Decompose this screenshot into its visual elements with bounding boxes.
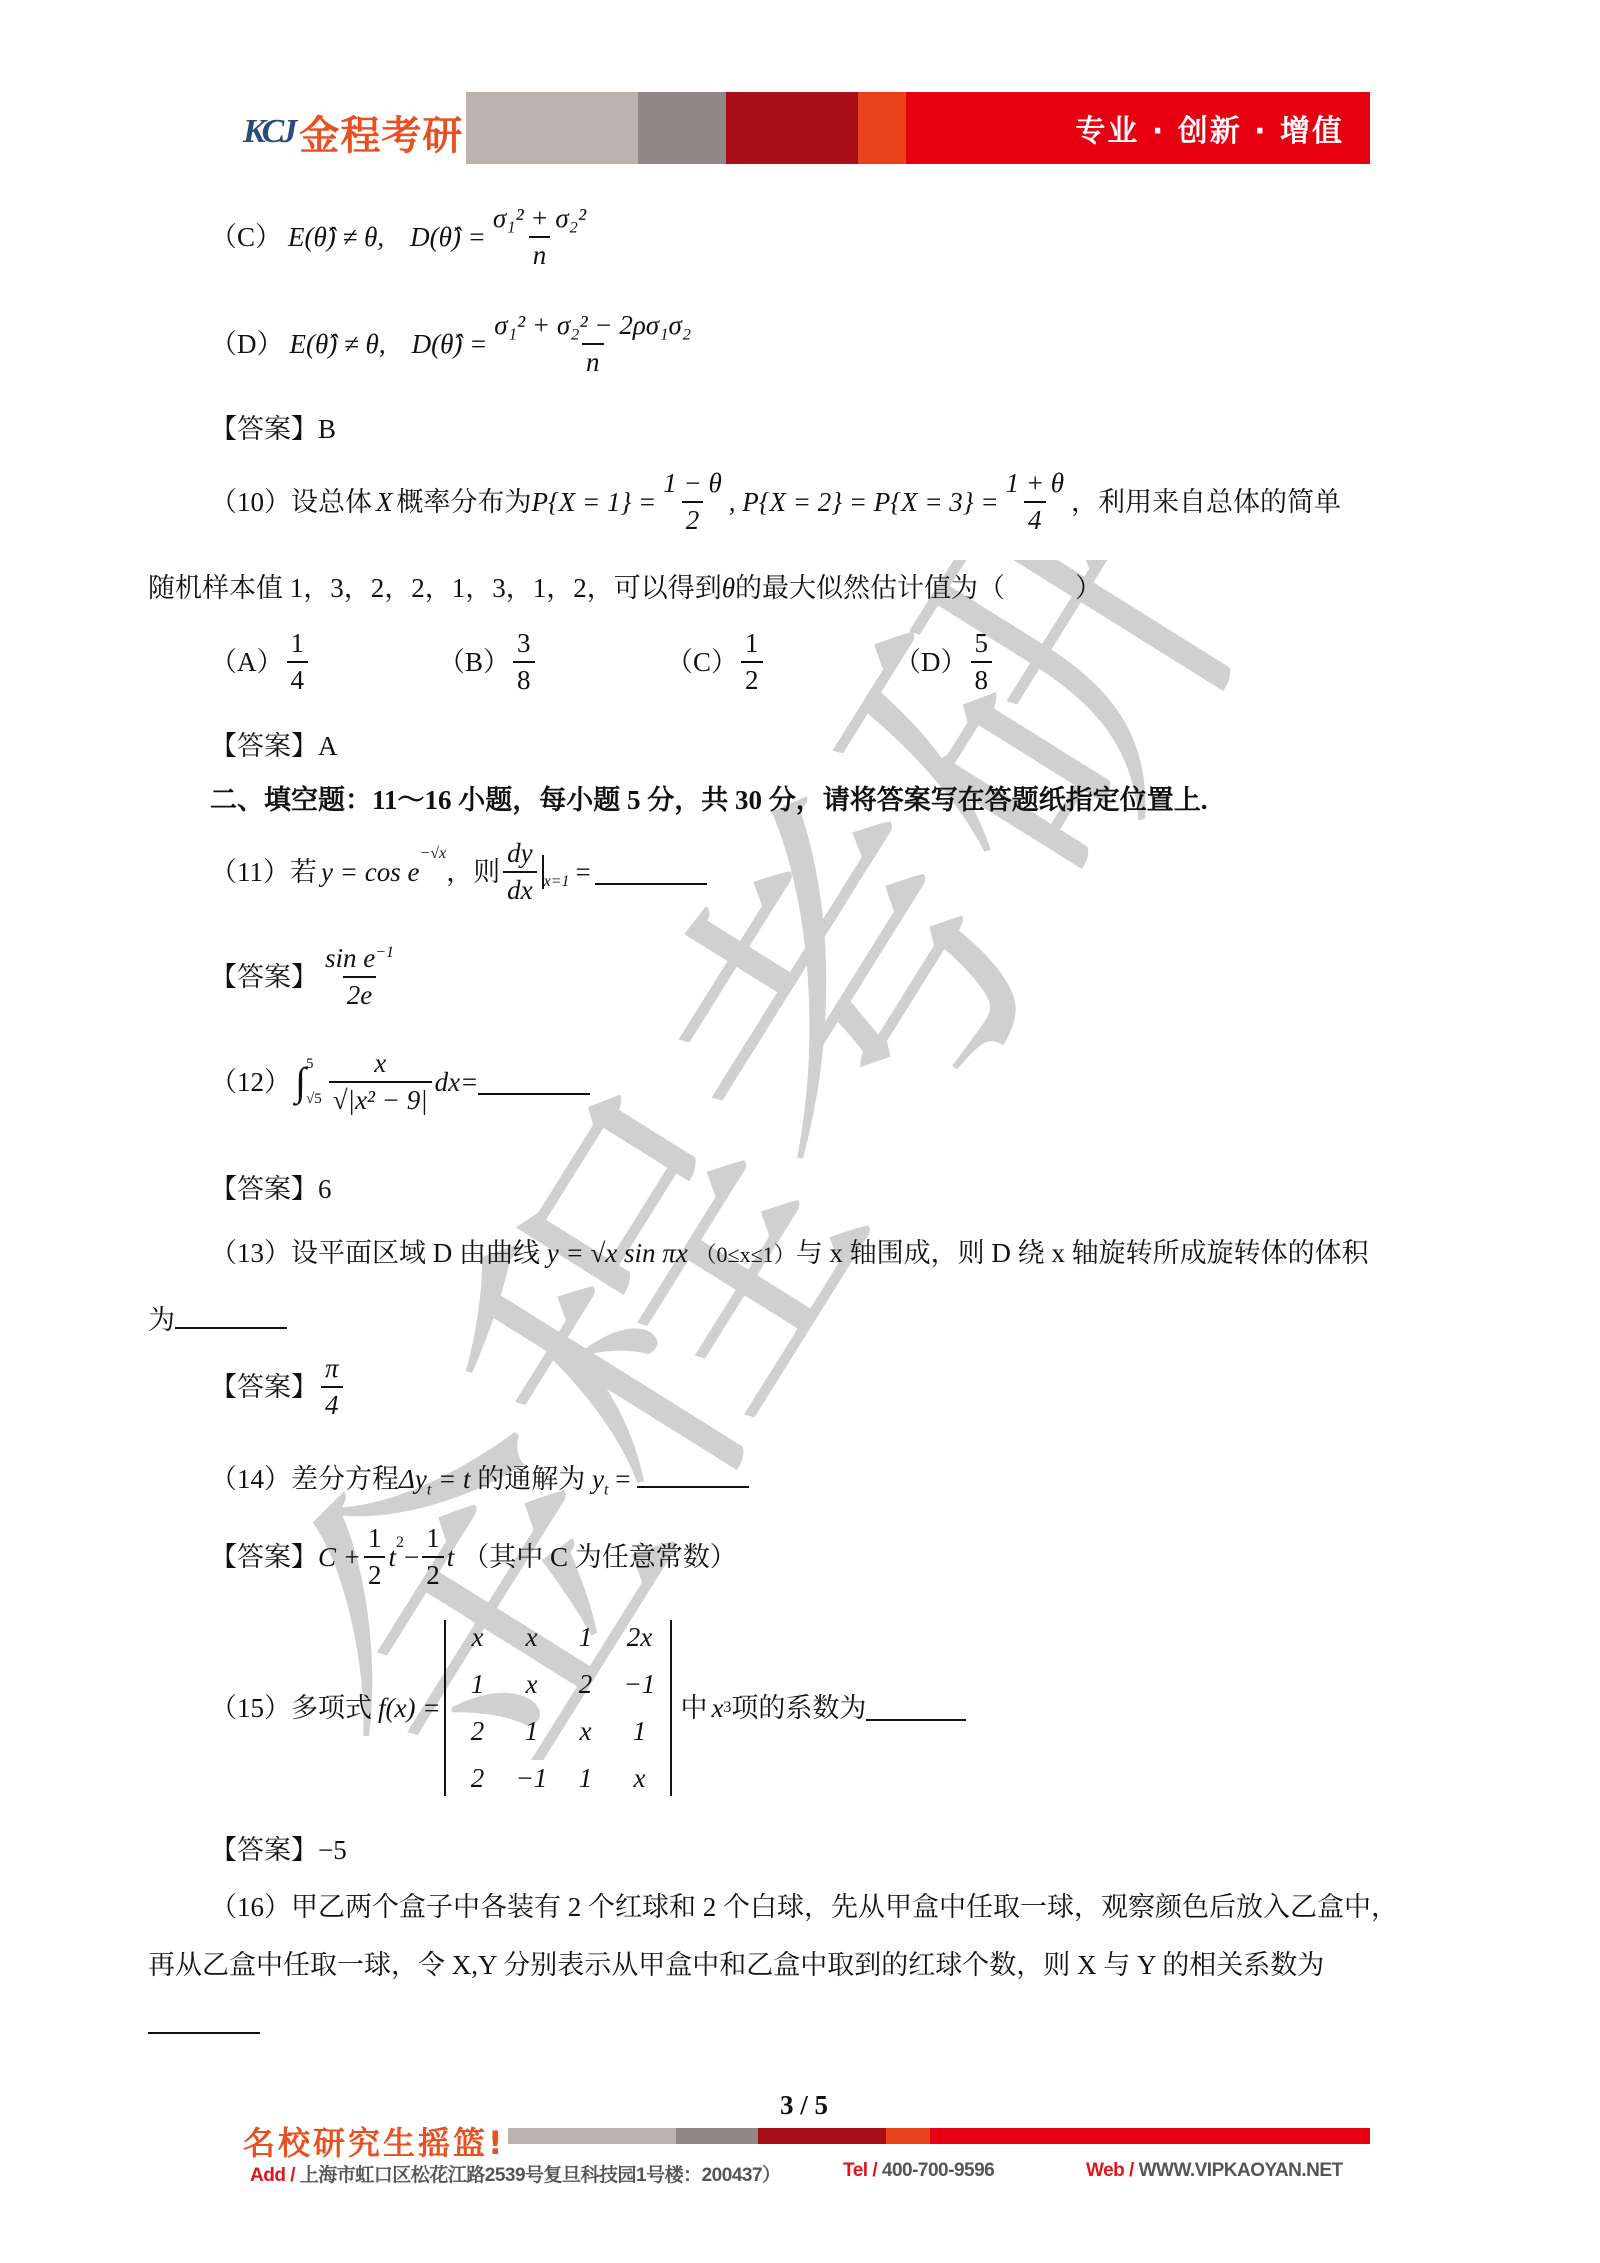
matrix-cell: 2 (558, 1671, 612, 1698)
matrix-cell: 1 (504, 1718, 558, 1745)
q12-answer: 【答案】6 (210, 1176, 332, 1203)
answer-note: （其中 C 为任意常数） (462, 1544, 737, 1571)
variance-fraction: σ₁² + σ₂² − 2ρσ₁σ₂ n (490, 312, 695, 376)
question-text: 为 (148, 1305, 175, 1335)
matrix-cell: 2x (612, 1624, 666, 1651)
matrix-cell: x (612, 1765, 666, 1792)
answer-label: 【答案】 (210, 1374, 318, 1401)
fraction-denominator: 2 (422, 1556, 444, 1589)
math-exponent: 3 (723, 1700, 731, 1716)
footer-slogan: 名校研究生摇篮! (243, 2118, 506, 2164)
fraction-denominator: 8 (971, 661, 993, 694)
fraction-denominator: dx (503, 871, 536, 904)
page-number: 3 / 5 (780, 2090, 828, 2121)
matrix-cell: x (450, 1624, 504, 1651)
header-color-bar: 专业 · 创新 · 增值 (466, 92, 1370, 164)
web-label: Web / (1086, 2160, 1134, 2181)
address-value: 上海市虹口区松花江路2539号复旦科技园1号楼：200437） (300, 2165, 781, 2186)
question-number: （15） (210, 1695, 291, 1722)
question-text: 的通解为 (477, 1464, 585, 1494)
answer-blank (478, 1069, 590, 1095)
q9-answer: 【答案】B (210, 416, 336, 443)
math-var: t (447, 1544, 455, 1571)
question-text: 概率分布为 (397, 489, 532, 516)
question-text: ） (1075, 573, 1102, 603)
q10-option-b: （B） 38 (438, 630, 666, 694)
fraction-numerator: 1 (422, 1525, 444, 1556)
question-text: 中 (680, 1695, 707, 1722)
question-number: （12） (210, 1069, 291, 1096)
q15-stem: （15） 多项式 f(x) = x x 1 2x 1 x 2 −1 2 1 x … (210, 1620, 966, 1796)
fraction-denominator: 2e (343, 976, 376, 1009)
answer-blank (637, 1462, 749, 1488)
fraction: 1 + θ 4 (1002, 470, 1068, 534)
math-var: y (592, 1464, 604, 1494)
q15-answer: 【答案】−5 (210, 1837, 347, 1864)
answer-label: 【答案】 (210, 1174, 318, 1204)
fraction-numerator: 1 − θ (659, 470, 725, 501)
question-number: （10） (210, 489, 291, 516)
website-link[interactable]: WWW.VIPKAOYAN.NET (1139, 2160, 1343, 2181)
option-label: （D） (210, 331, 284, 358)
math-expr: f(x) = (378, 1695, 440, 1722)
matrix-cell: 1 (450, 1671, 504, 1698)
address-label: Add / (250, 2165, 295, 2186)
q13-answer: 【答案】 π4 (210, 1355, 346, 1419)
q10-stem: （10） 设总体 X 概率分布为 P{X = 1} = 1 − θ 2 , P{… (210, 470, 1341, 534)
question-text: 设平面区域 D 由曲线 (291, 1238, 540, 1268)
q10-option-c: （C） 12 (666, 630, 894, 694)
matrix-cell: 1 (612, 1718, 666, 1745)
question-text: 甲乙两个盒子中各装有 2 个红球和 2 个白球，先从甲盒中任取一球，观察颜色后放… (291, 1892, 1398, 1922)
answer-value: A (318, 731, 338, 761)
expectation-expr: E(θ̂) ≠ θ, (290, 331, 386, 358)
expectation-expr: E(θ̂) ≠ θ, (288, 224, 384, 251)
matrix-cell: −1 (612, 1671, 666, 1698)
q14-stem: （14）差分方程Δyt = t 的通解为 yt = (210, 1462, 749, 1498)
question-text: 的最大似然估计值为（ (735, 573, 1005, 603)
q10-options: （A） 14 （B） 38 （C） 12 （D） 58 (210, 630, 1110, 694)
math-var: θ (722, 573, 735, 603)
question-number: （16） (210, 1892, 291, 1922)
math-var: t (388, 1544, 396, 1571)
integral-sign: ∫ (295, 1062, 306, 1102)
variance-expr: D(θ̂) = (412, 331, 488, 358)
variance-expr: D(θ̂) = (410, 224, 486, 251)
math-expr: = (608, 1464, 630, 1494)
fraction-denominator: 4 (287, 661, 309, 694)
math-expr: dx= (435, 1069, 479, 1096)
answer-value: −5 (318, 1835, 347, 1865)
question-text: 设总体 (291, 489, 372, 516)
matrix-cell: 1 (558, 1624, 612, 1651)
matrix-cell: x (558, 1718, 612, 1745)
fraction-numerator: 3 (513, 630, 535, 661)
logo-mark: KCJ (243, 113, 293, 151)
question-text: ，利用来自总体的简单 (1071, 489, 1341, 516)
matrix-cell: 1 (558, 1765, 612, 1792)
determinant-matrix: x x 1 2x 1 x 2 −1 2 1 x 1 2 −1 1 x (444, 1620, 672, 1796)
math-expr: − (404, 1544, 419, 1571)
fraction-denominator: 8 (513, 661, 535, 694)
fraction-numerator: σ₁² + σ₂² (489, 205, 590, 236)
option-label: （C） (666, 649, 738, 676)
fraction-numerator: dy (503, 840, 536, 871)
math-expr: = t (431, 1464, 470, 1494)
fraction-denominator: 2 (364, 1556, 386, 1589)
answer-value: B (318, 414, 336, 444)
fraction-denominator: 2 (682, 501, 704, 534)
question-number: （11） (210, 859, 290, 886)
eval-point: x=1 (544, 874, 570, 890)
fraction-numerator: π (321, 1355, 343, 1386)
math-exponent: −1 (375, 944, 394, 961)
option-label: （A） (210, 649, 284, 676)
math-range: （0≤x≤1） (695, 1242, 796, 1267)
answer-blank (866, 1695, 966, 1721)
q9-option-c: （C） E(θ̂) ≠ θ, D(θ̂) = σ₁² + σ₂² n (210, 205, 593, 269)
math-expr: P{X = 1} = (532, 489, 657, 516)
tel-value: 400-700-9596 (882, 2160, 994, 2181)
matrix-cell: 2 (450, 1718, 504, 1745)
q13-stem: （13）设平面区域 D 由曲线 y = √x sin πx （0≤x≤1）与 x… (210, 1240, 1369, 1267)
header-slogan: 专业 · 创新 · 增值 (1075, 92, 1370, 164)
matrix-cell: x (504, 1671, 558, 1698)
q11-stem: （11） 若 y = cos e−√x ，则 dydx x=1 = (210, 840, 707, 904)
fraction-denominator: √|x² − 9| (329, 1081, 432, 1114)
answer-label: 【答案】 (210, 731, 318, 761)
matrix-cell: 2 (450, 1765, 504, 1792)
fraction-numerator: σ₁² + σ₂² − 2ρσ₁σ₂ (490, 312, 695, 343)
fraction-numerator: 1 (287, 630, 309, 661)
math-var: x (711, 1695, 723, 1722)
q13-stem-line2: 为 (148, 1303, 287, 1334)
answer-label: 【答案】 (210, 964, 318, 991)
fraction-numerator: 1 (364, 1525, 386, 1556)
answer-label: 【答案】 (210, 1544, 318, 1571)
matrix-cell: −1 (504, 1765, 558, 1792)
variance-fraction: σ₁² + σ₂² n (489, 205, 590, 269)
answer-label: 【答案】 (210, 1835, 318, 1865)
q10-stem-line2: 随机样本值 1，3，2，2，1，3，1，2，可以得到θ的最大似然估计值为（） (148, 575, 1102, 602)
math-expr: = (576, 859, 591, 886)
math-exponent: −√x (419, 846, 446, 862)
math-exponent: 2 (396, 1535, 404, 1551)
fraction: 1 − θ 2 (659, 470, 725, 534)
fraction-numerator: 1 (741, 630, 763, 661)
integral-upper-limit: 5 (306, 1057, 322, 1072)
fraction-numerator: 1 + θ (1002, 470, 1068, 501)
q10-option-d: （D） 58 (894, 630, 1094, 694)
matrix-cell: x (504, 1624, 558, 1651)
math-expr: y = √x sin πx (547, 1238, 688, 1268)
answer-blank (148, 2032, 260, 2034)
footer-web: Web / WWW.VIPKAOYAN.NET (1086, 2160, 1343, 2182)
q16-stem: （16）甲乙两个盒子中各装有 2 个红球和 2 个白球，先从甲盒中任取一球，观察… (210, 1894, 1398, 1921)
logo-text: 金程考研 (299, 104, 463, 161)
brand-logo: KCJ 金程考研 (243, 107, 463, 157)
tel-label: Tel / (843, 2160, 877, 2181)
fraction-denominator: 4 (321, 1386, 343, 1419)
q10-option-a: （A） 14 (210, 630, 438, 694)
answer-label: 【答案】 (210, 414, 318, 444)
math-expr: Δy (399, 1464, 427, 1494)
fraction-numerator: sin e (325, 943, 375, 973)
footer-address: Add / 上海市虹口区松花江路2539号复旦科技园1号楼：200437） (250, 2160, 781, 2187)
answer-blank (595, 859, 707, 885)
answer-value: 6 (318, 1174, 332, 1204)
option-label: （B） (438, 649, 510, 676)
question-number: （13） (210, 1238, 291, 1268)
question-text: 项的系数为 (731, 1695, 866, 1722)
answer-blank (175, 1303, 287, 1329)
math-var: X (376, 489, 393, 516)
section-heading: 二、填空题：11～16 小题，每小题 5 分，共 30 分，请将答案写在答题纸指… (210, 787, 1208, 814)
q9-option-d: （D） E(θ̂) ≠ θ, D(θ̂) = σ₁² + σ₂² − 2ρσ₁σ… (210, 312, 698, 376)
question-text: 随机样本值 1，3，2，2，1，3，1，2，可以得到 (148, 573, 722, 603)
math-expr: , P{X = 2} = P{X = 3} = (729, 489, 999, 516)
integral-lower-limit: √5 (306, 1092, 322, 1107)
fraction-denominator: 4 (1024, 501, 1046, 534)
question-text: 差分方程 (291, 1464, 399, 1494)
math-expr: y = cos e (321, 859, 419, 886)
fraction-denominator: n (582, 343, 604, 376)
question-number: （14） (210, 1464, 291, 1494)
q12-stem: （12） ∫ 5 √5 x√|x² − 9| dx= (210, 1050, 590, 1114)
question-text: 若 (290, 859, 317, 886)
math-expr: C + (318, 1544, 361, 1571)
option-label: （C） (210, 224, 282, 251)
footer-color-bar (508, 2128, 1370, 2144)
q16-stem-line2: 再从乙盒中任取一球，令 X,Y 分别表示从甲盒中和乙盒中取到的红球个数，则 X … (148, 1952, 1324, 1979)
fraction-denominator: n (529, 236, 551, 269)
q10-answer: 【答案】A (210, 733, 338, 760)
q11-answer: 【答案】 sin e−1 2e (210, 945, 401, 1009)
footer-tel: Tel / 400-700-9596 (843, 2160, 994, 2182)
question-text: ，则 (446, 859, 500, 886)
fraction-numerator: x (370, 1050, 390, 1081)
option-label: （D） (894, 649, 968, 676)
question-text: 与 x 轴围成，则 D 绕 x 轴旋转所成旋转体的体积 (796, 1238, 1369, 1268)
fraction-denominator: 2 (741, 661, 763, 694)
fraction-numerator: 5 (971, 630, 993, 661)
q14-answer: 【答案】 C + 12 t2 − 12 t （其中 C 为任意常数） (210, 1525, 737, 1589)
question-text: 多项式 (291, 1695, 372, 1722)
